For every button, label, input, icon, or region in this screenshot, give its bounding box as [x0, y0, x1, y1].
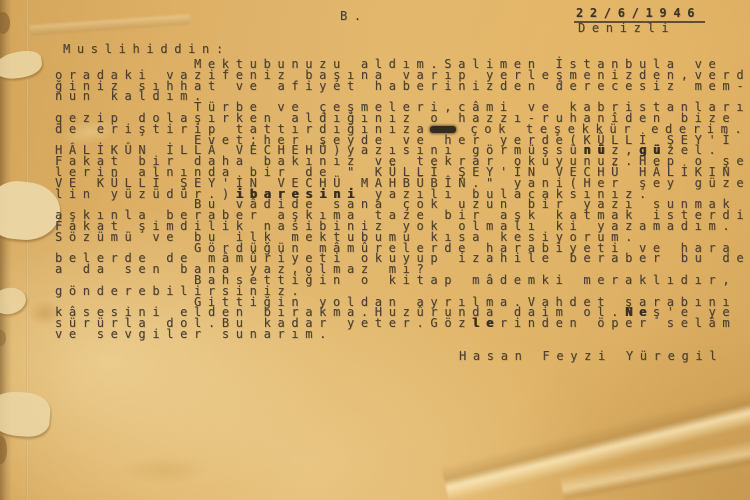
header-mark: B. [340, 9, 368, 23]
line-text: nun kaldım. [55, 89, 208, 103]
letter-body: Mektubunuzu aldım.Salimen İstanbula veor… [55, 59, 750, 340]
signature: Hasan Feyzi Yüregil [459, 349, 723, 363]
salutation: Muslihiddin: [63, 42, 230, 56]
paper-tear [0, 285, 28, 318]
letter-page: B. 22/6/1946 Denizli Muslihiddin: Mektub… [0, 0, 750, 500]
overstruck-text: le [472, 316, 500, 330]
letter-place: Denizli [578, 21, 675, 35]
paper-tear [0, 179, 63, 244]
line-text: rinden öper selâm [500, 316, 736, 330]
paper-stain [120, 455, 210, 485]
line-text: ve sevgiler sunarım. [55, 327, 333, 341]
top-left-crease [30, 14, 190, 35]
letter-line: ve sevgiler sunarım. [55, 329, 750, 340]
paper-tear [0, 390, 51, 438]
